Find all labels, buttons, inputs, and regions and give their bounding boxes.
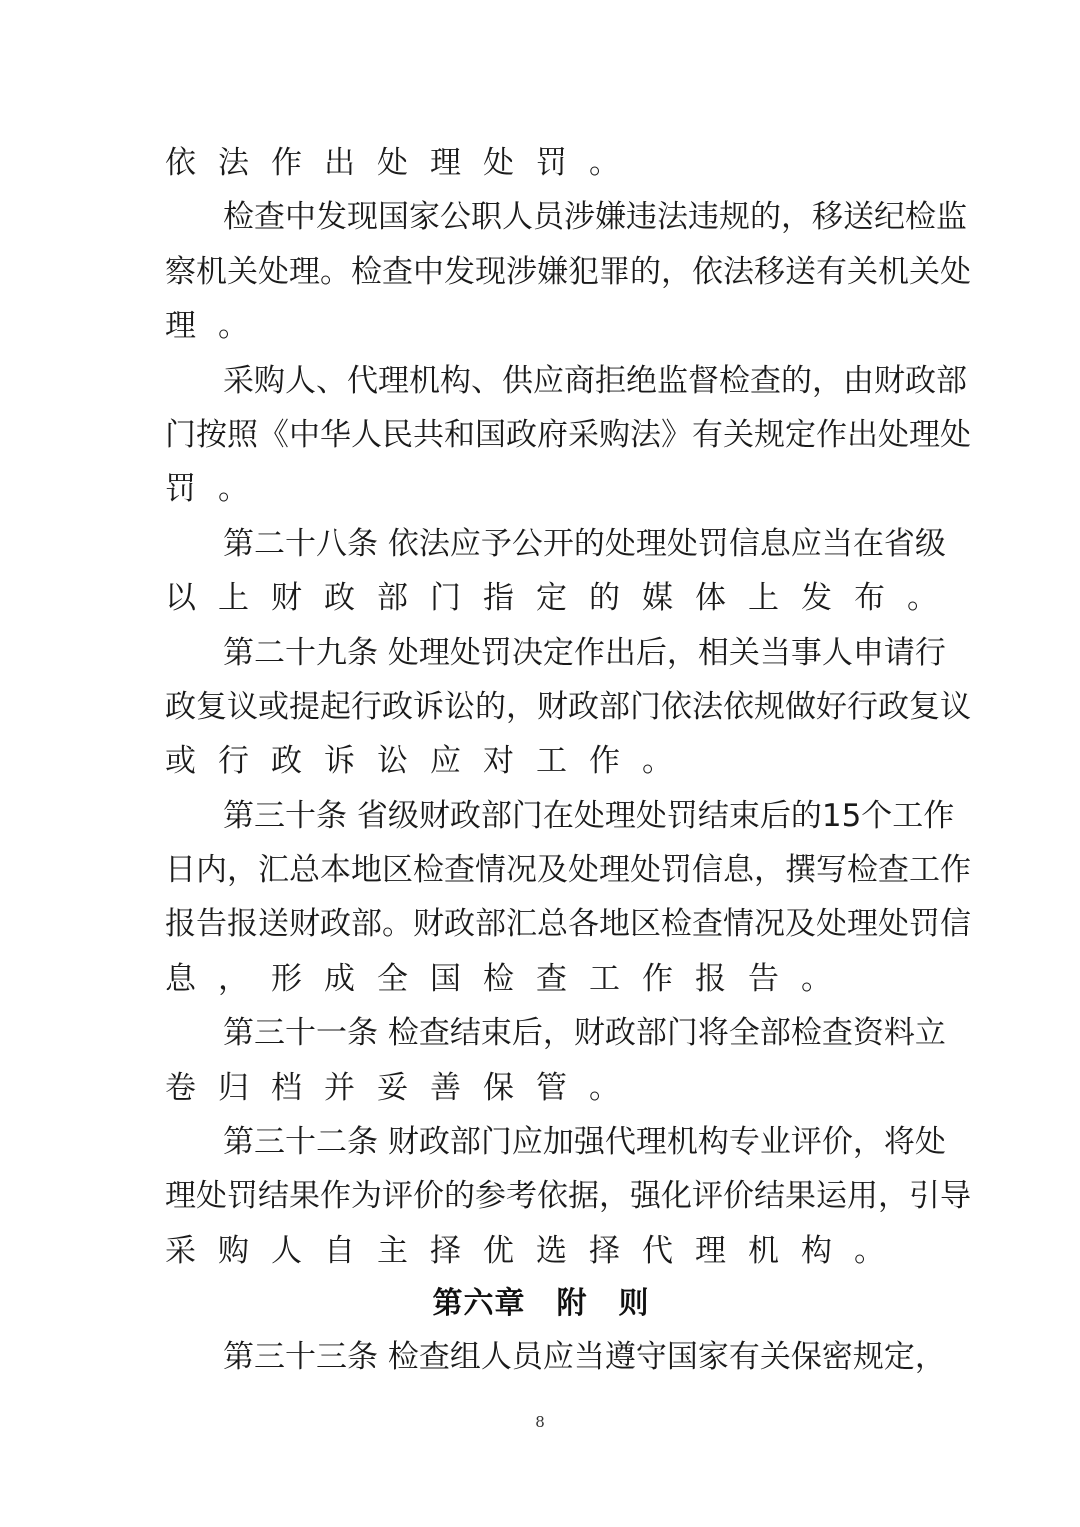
text-line: 检查中发现国家公职人员涉嫌违法违规的，移送纪检监 — [165, 190, 917, 244]
article-28-line: 第二十八条 依法应予公开的处理处罚信息应当在省级 — [165, 517, 917, 571]
text-line: 政复议或提起行政诉讼的，财政部门依法依规做好行政复议 — [165, 680, 917, 734]
article-29-line: 第二十九条 处理处罚决定作出后，相关当事人申请行 — [165, 626, 917, 680]
text-line: 报告报送财政部。财政部汇总各地区检查情况及处理处罚信 — [165, 897, 917, 951]
text-line: 门按照《中华人民共和国政府采购法》有关规定作出处理处 — [165, 408, 917, 462]
article-33-line: 第三十三条 检查组人员应当遵守国家有关保密规定， — [165, 1330, 917, 1384]
text-line: 卷归档并妥善保管。 — [165, 1061, 917, 1115]
text-line: 理处罚结果作为评价的参考依据，强化评价结果运用，引导 — [165, 1169, 917, 1223]
text-line: 以上财政部门指定的媒体上发布。 — [165, 571, 917, 625]
text-line: 罚。 — [165, 462, 917, 516]
text-line: 或行政诉讼应对工作。 — [165, 734, 917, 788]
text-line: 息，形成全国检查工作报告。 — [165, 952, 917, 1006]
chapter-heading: 第六章 附 则 — [165, 1278, 917, 1330]
article-30-line: 第三十条 省级财政部门在处理处罚结束后的15个工作 — [165, 789, 917, 843]
document-body: 依法作出处理处罚。 检查中发现国家公职人员涉嫌违法违规的，移送纪检监 察机关处理… — [165, 136, 917, 1385]
text-line: 日内，汇总本地区检查情况及处理处罚信息，撰写检查工作 — [165, 843, 917, 897]
page-number: 8 — [0, 1413, 1080, 1431]
article-31-line: 第三十一条 检查结束后，财政部门将全部检查资料立 — [165, 1006, 917, 1060]
text-line: 采购人、代理机构、供应商拒绝监督检查的，由财政部 — [165, 354, 917, 408]
text-line: 察机关处理。检查中发现涉嫌犯罪的，依法移送有关机关处 — [165, 245, 917, 299]
article-32-line: 第三十二条 财政部门应加强代理机构专业评价，将处 — [165, 1115, 917, 1169]
text-line: 采购人自主择优选择代理机构。 — [165, 1224, 917, 1278]
text-line: 依法作出处理处罚。 — [165, 136, 917, 190]
text-line: 理。 — [165, 299, 917, 353]
document-page: 依法作出处理处罚。 检查中发现国家公职人员涉嫌违法违规的，移送纪检监 察机关处理… — [0, 0, 1080, 1527]
